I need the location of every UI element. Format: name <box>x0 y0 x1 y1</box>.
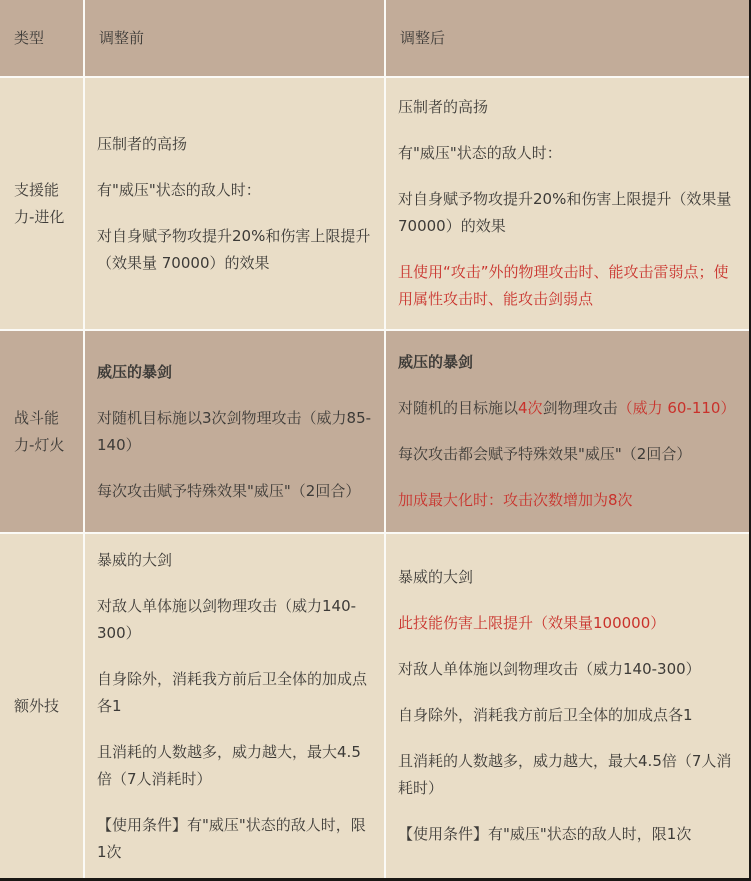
paragraph: 【使用条件】有"威压"状态的敌人时，限1次 <box>97 812 374 866</box>
paragraph: 暴威的大剑 <box>398 564 739 591</box>
paragraph: 对自身赋予物攻提升20%和伤害上限提升（效果量 70000）的效果 <box>398 186 739 240</box>
paragraph: 压制者的高扬 <box>97 131 374 158</box>
row-type-combat-ability: 战斗能力-灯火 <box>0 331 83 532</box>
skill-adjustment-table: 类型 调整前 调整后 支援能力-进化 压制者的高扬有"威压"状态的敌人时：对自身… <box>0 0 751 881</box>
text-segment: 每次攻击赋予特殊效果"威压"（2回合） <box>97 482 360 500</box>
text-segment: 对敌人单体施以剑物理攻击（威力140-300） <box>97 597 356 642</box>
text-segment: 剑物理攻击 <box>543 399 618 417</box>
paragraph: 对敌人单体施以剑物理攻击（威力140-300） <box>97 593 374 647</box>
paragraph: 自身除外，消耗我方前后卫全体的加成点各1 <box>398 702 739 729</box>
text-segment: 对敌人单体施以剑物理攻击（威力140-300） <box>398 660 701 678</box>
paragraph: 有"威压"状态的敌人时： <box>398 140 739 167</box>
text-segment: 有"威压"状态的敌人时： <box>398 144 562 162</box>
text-segment: 有"威压"状态的敌人时： <box>97 181 261 199</box>
paragraph: 对自身赋予物攻提升20%和伤害上限提升（效果量 70000）的效果 <box>97 223 374 277</box>
paragraph: 每次攻击都会赋予特殊效果"威压"（2回合） <box>398 441 739 468</box>
paragraph: 威压的暴剑 <box>398 349 739 376</box>
text-segment: 暴威的大剑 <box>398 568 473 586</box>
text-segment: 【使用条件】有"威压"状态的敌人时，限1次 <box>398 825 691 843</box>
paragraph: 对随机目标施以3次剑物理攻击（威力85-140） <box>97 405 374 459</box>
cell-after-extra-skill: 暴威的大剑此技能伤害上限提升（效果量100000）对敌人单体施以剑物理攻击（威力… <box>386 534 749 878</box>
text-segment: 且消耗的人数越多，威力越大，最大4.5倍（7人消耗时） <box>97 743 361 788</box>
paragraph: 且使用“攻击”外的物理攻击时、能攻击雷弱点；使用属性攻击时、能攻击剑弱点 <box>398 259 739 313</box>
cell-after-combat-ability: 威压的暴剑对随机的目标施以4次剑物理攻击（威力 60-110）每次攻击都会赋予特… <box>386 331 749 532</box>
text-segment: 压制者的高扬 <box>398 98 488 116</box>
cell-before-combat-ability: 威压的暴剑对随机目标施以3次剑物理攻击（威力85-140）每次攻击赋予特殊效果"… <box>85 331 384 532</box>
paragraph: 且消耗的人数越多，威力越大，最大4.5倍（7人消耗时） <box>398 748 739 802</box>
paragraph: 威压的暴剑 <box>97 359 374 386</box>
paragraph: 对随机的目标施以4次剑物理攻击（威力 60-110） <box>398 395 739 422</box>
paragraph: 暴威的大剑 <box>97 547 374 574</box>
changed-text-segment: 加成最大化时：攻击次数增加为8次 <box>398 491 633 509</box>
text-segment: 暴威的大剑 <box>97 551 172 569</box>
paragraph: 【使用条件】有"威压"状态的敌人时，限1次 <box>398 821 739 848</box>
text-segment: 每次攻击都会赋予特殊效果"威压"（2回合） <box>398 445 691 463</box>
text-segment: 压制者的高扬 <box>97 135 187 153</box>
text-segment: 威压的暴剑 <box>398 353 473 371</box>
paragraph: 自身除外，消耗我方前后卫全体的加成点各1 <box>97 666 374 720</box>
row-type-extra-skill: 额外技 <box>0 534 83 878</box>
row-type-support-ability: 支援能力-进化 <box>0 78 83 329</box>
cell-after-support-ability: 压制者的高扬有"威压"状态的敌人时：对自身赋予物攻提升20%和伤害上限提升（效果… <box>386 78 749 329</box>
paragraph: 此技能伤害上限提升（效果量100000） <box>398 610 739 637</box>
cell-before-extra-skill: 暴威的大剑对敌人单体施以剑物理攻击（威力140-300）自身除外，消耗我方前后卫… <box>85 534 384 878</box>
text-segment: 对自身赋予物攻提升20%和伤害上限提升（效果量 70000）的效果 <box>398 190 731 235</box>
paragraph: 每次攻击赋予特殊效果"威压"（2回合） <box>97 478 374 505</box>
changed-text-segment: 且使用“攻击”外的物理攻击时、能攻击雷弱点；使用属性攻击时、能攻击剑弱点 <box>398 263 729 308</box>
cell-before-support-ability: 压制者的高扬有"威压"状态的敌人时：对自身赋予物攻提升20%和伤害上限提升（效果… <box>85 78 384 329</box>
text-segment: 对自身赋予物攻提升20%和伤害上限提升（效果量 70000）的效果 <box>97 227 370 272</box>
column-header-type: 类型 <box>0 0 83 76</box>
column-header-after: 调整后 <box>386 0 749 76</box>
text-segment: 对随机目标施以3次剑物理攻击（威力85-140） <box>97 409 371 454</box>
text-segment: 对随机的目标施以 <box>398 399 518 417</box>
paragraph: 对敌人单体施以剑物理攻击（威力140-300） <box>398 656 739 683</box>
text-segment: 【使用条件】有"威压"状态的敌人时，限1次 <box>97 816 366 861</box>
changed-text-segment: 4次 <box>518 399 543 417</box>
paragraph: 压制者的高扬 <box>398 94 739 121</box>
paragraph: 且消耗的人数越多，威力越大，最大4.5倍（7人消耗时） <box>97 739 374 793</box>
text-segment: 自身除外，消耗我方前后卫全体的加成点各1 <box>398 706 693 724</box>
paragraph: 加成最大化时：攻击次数增加为8次 <box>398 487 739 514</box>
text-segment: 自身除外，消耗我方前后卫全体的加成点各1 <box>97 670 367 715</box>
changed-text-segment: 此技能伤害上限提升（效果量100000） <box>398 614 665 632</box>
changed-text-segment: （威力 60-110） <box>618 399 736 417</box>
paragraph: 有"威压"状态的敌人时： <box>97 177 374 204</box>
column-header-before: 调整前 <box>85 0 384 76</box>
text-segment: 且消耗的人数越多，威力越大，最大4.5倍（7人消耗时） <box>398 752 731 797</box>
text-segment: 威压的暴剑 <box>97 363 172 381</box>
